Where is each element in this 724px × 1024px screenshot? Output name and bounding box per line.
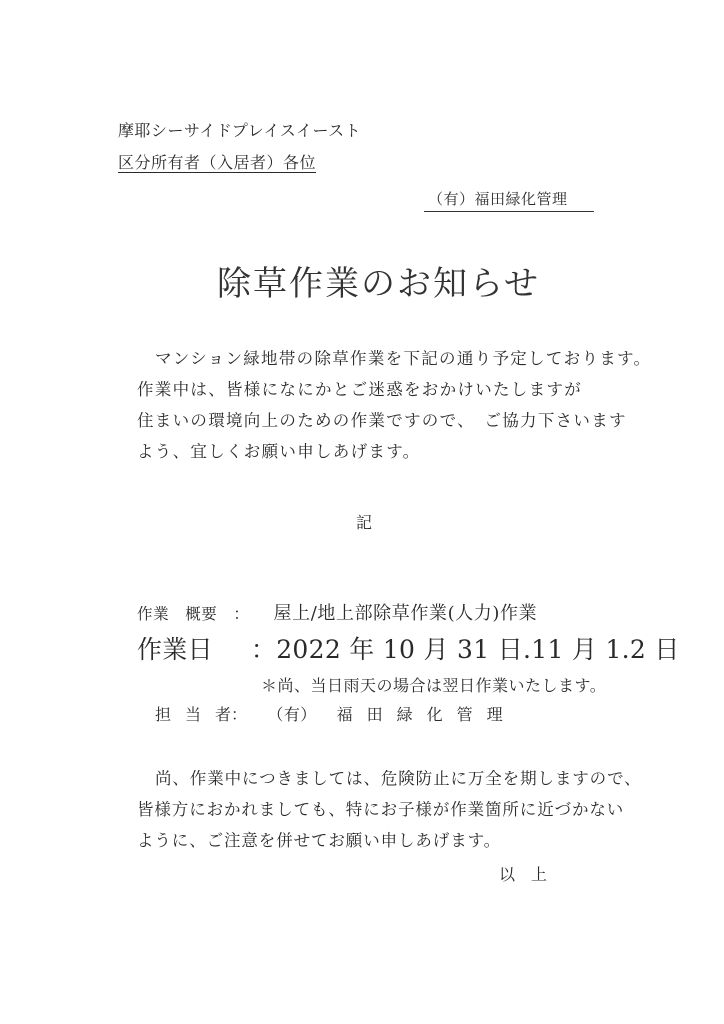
person-value: 福田緑化管理	[337, 705, 517, 724]
intro-line: 住まいの環境向上のための作業ですので、 ご協力下さいます	[137, 405, 617, 436]
intro-line: マンション緑地帯の除草作業を下記の通り予定しております。	[137, 343, 617, 374]
rain-note: ＊尚、当日雨天の場合は翌日作業いたします。	[261, 673, 606, 696]
closing-line: 尚、作業中につきましては、危険防止に万全を期しますので、	[137, 763, 637, 794]
ki-heading: 記	[356, 510, 372, 533]
closing-paragraph: 尚、作業中につきましては、危険防止に万全を期しますので、 皆様方におかれましても…	[137, 763, 637, 856]
recipient-group: 区分所有者（入居者）各位	[118, 150, 316, 173]
intro-line: よう、宜しくお願い申しあげます。	[137, 436, 617, 467]
work-date-row: 作業日：2022 年 10 月 31 日.11 月 1.2 日	[137, 630, 680, 666]
work-overview-row: 作業概要：屋上/地上部除草作業(人力)作業	[137, 599, 537, 625]
sender-company: （有）福田緑化管理	[424, 188, 594, 212]
overview-label-1: 作業	[137, 605, 169, 623]
closing-line: ように、ご注意を併せてお願い申しあげます。	[137, 825, 637, 856]
date-label: 作業日	[137, 635, 213, 664]
intro-line: 作業中は、皆様になにかとご迷惑をおかけいたしますが	[137, 374, 617, 405]
person-colon: ：	[231, 705, 247, 724]
overview-value: 屋上/地上部除草作業(人力)作業	[274, 603, 538, 624]
intro-paragraph: マンション緑地帯の除草作業を下記の通り予定しております。 作業中は、皆様になにか…	[137, 343, 617, 467]
person-in-charge-row: 担当者：（有）福田緑化管理	[155, 702, 517, 725]
end-mark: 以 上	[499, 862, 547, 885]
notice-title: 除草作業のお知らせ	[217, 256, 540, 305]
recipient-building: 摩耶シーサイドプレイスイースト	[118, 118, 361, 141]
overview-label-2: 概要	[185, 605, 217, 623]
person-prefix: （有）	[267, 705, 316, 724]
date-colon: ：	[251, 635, 276, 664]
closing-line: 皆様方におかれましても、特にお子様が作業箇所に近づかない	[137, 794, 637, 825]
overview-colon: ：	[233, 605, 249, 623]
date-value: 2022 年 10 月 31 日.11 月 1.2 日	[276, 635, 679, 664]
